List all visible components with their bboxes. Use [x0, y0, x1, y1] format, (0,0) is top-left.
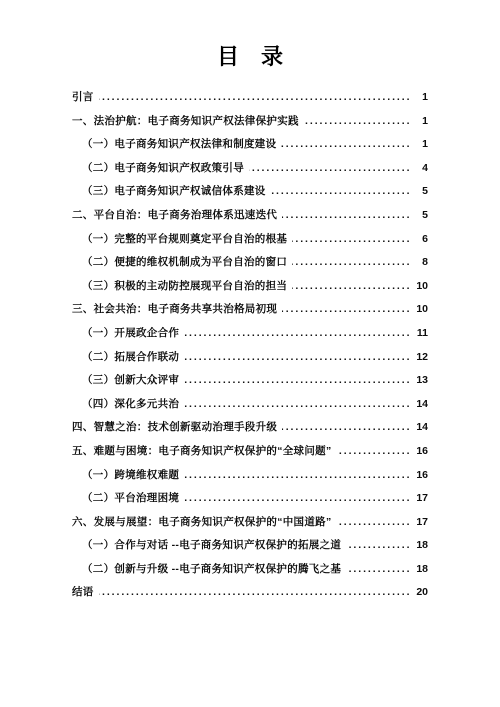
dot-leader: . . . . . . . . . . . . . . . . . . . . …: [282, 421, 409, 433]
toc-entry[interactable]: 四、智慧之治：技术创新驱动治理手段升级 . . . . . . . . . . …: [72, 419, 428, 443]
toc-page-number: 14: [409, 421, 428, 433]
toc-entry[interactable]: 一、法治护航：电子商务知识产权法律保护实践 . . . . . . . . . …: [72, 113, 428, 137]
toc-entry[interactable]: （一）电子商务知识产权法律和制度建设 . . . . . . . . . . .…: [72, 136, 428, 160]
toc-page-number: 1: [409, 91, 428, 103]
toc-entry-label: （三）电子商务知识产权诚信体系建设: [82, 183, 271, 198]
dot-leader: . . . . . . . . . . . . . . . . . . . . …: [281, 138, 409, 150]
toc-entry[interactable]: 三、社会共治：电子商务共享共治格局初现 . . . . . . . . . . …: [72, 301, 428, 325]
toc-entry-label: 一、法治护航：电子商务知识产权法律保护实践: [72, 113, 304, 128]
dot-leader: . . . . . . . . . . . . . . . . . . . . …: [184, 492, 409, 504]
toc-entry-label: （二）便捷的维权机制成为平台自治的窗口: [82, 254, 292, 269]
toc-entry-label: 引言: [72, 89, 99, 104]
page-title: 目 录: [72, 45, 428, 69]
toc-entry[interactable]: （一）合作与对话 --电子商务知识产权保护的拓展之道 . . . . . . .…: [72, 537, 428, 561]
dot-leader: . . . . . . . . . . . . . . . . . . . . …: [184, 398, 409, 410]
toc-entry-label: （一）完整的平台规则奠定平台自治的根基: [82, 231, 292, 246]
toc-page-number: 6: [409, 233, 428, 245]
dot-leader: . . . . . . . . . . . . . . . . . . . . …: [99, 586, 409, 598]
toc-entry[interactable]: （三）积极的主动防控展现平台自治的担当 . . . . . . . . . . …: [72, 278, 428, 302]
toc-entry-label: 六、发展与展望：电子商务知识产权保护的“中国道路”: [72, 514, 337, 529]
dot-leader: . . . . . . . . . . . . . . . . . . . . …: [282, 209, 409, 221]
toc-page-number: 17: [409, 516, 428, 528]
toc-page-number: 10: [409, 303, 428, 315]
toc-page-number: 11: [409, 327, 428, 339]
toc-entry[interactable]: （一）跨境维权难题 . . . . . . . . . . . . . . . …: [72, 467, 428, 491]
toc-entry-label: （一）电子商务知识产权法律和制度建设: [82, 136, 281, 151]
toc-entry-label: （二）拓展合作联动: [82, 349, 184, 364]
dot-leader: . . . . . . . . . . . . . . . . . . . . …: [271, 185, 409, 197]
dot-leader: . . . . . . . . . . . . . . . . . . . . …: [184, 374, 409, 386]
toc-entry[interactable]: 五、难题与困境：电子商务知识产权保护的“全球问题” . . . . . . . …: [72, 443, 428, 467]
toc-page-number: 12: [409, 351, 428, 363]
dot-leader: . . . . . . . . . . . . . . . . . . . . …: [292, 280, 409, 292]
toc-entry[interactable]: （二）拓展合作联动 . . . . . . . . . . . . . . . …: [72, 349, 428, 373]
dot-leader: . . . . . . . . . . . . . . . . . . . . …: [99, 91, 409, 103]
toc-entry[interactable]: （三）创新大众评审 . . . . . . . . . . . . . . . …: [72, 372, 428, 396]
toc-page-number: 18: [409, 539, 428, 551]
toc-entry-label: 四、智慧之治：技术创新驱动治理手段升级: [72, 419, 282, 434]
dot-leader: . . . . . . . . . . . . . . . . . . . . …: [337, 516, 410, 528]
toc-page-number: 18: [409, 563, 428, 575]
toc-page-number: 8: [409, 256, 428, 268]
dot-leader: . . . . . . . . . . . . . . . . . . . . …: [282, 303, 409, 315]
toc-list: 引言 . . . . . . . . . . . . . . . . . . .…: [72, 89, 428, 608]
toc-entry-label: 结语: [72, 584, 99, 599]
toc-document: 目 录 引言 . . . . . . . . . . . . . . . . .…: [0, 0, 500, 608]
toc-entry[interactable]: （一）完整的平台规则奠定平台自治的根基 . . . . . . . . . . …: [72, 231, 428, 255]
dot-leader: . . . . . . . . . . . . . . . . . . . . …: [184, 327, 409, 339]
toc-page-number: 1: [409, 115, 428, 127]
toc-entry-label: （一）开展政企合作: [82, 325, 184, 340]
toc-entry[interactable]: 结语 . . . . . . . . . . . . . . . . . . .…: [72, 584, 428, 608]
toc-page-number: 16: [409, 445, 428, 457]
dot-leader: . . . . . . . . . . . . . . . . . . . . …: [249, 162, 409, 174]
toc-entry[interactable]: （二）平台治理困境 . . . . . . . . . . . . . . . …: [72, 490, 428, 514]
toc-entry-label: （一）跨境维权难题: [82, 467, 184, 482]
toc-entry-label: （四）深化多元共治: [82, 396, 184, 411]
dot-leader: . . . . . . . . . . . . . . . . . . . . …: [184, 469, 409, 481]
toc-entry[interactable]: 二、平台自治：电子商务治理体系迅速迭代 . . . . . . . . . . …: [72, 207, 428, 231]
toc-page-number: 17: [409, 492, 428, 504]
toc-entry-label: （二）平台治理困境: [82, 490, 184, 505]
toc-page-number: 14: [409, 398, 428, 410]
dot-leader: . . . . . . . . . . . . . . . . . . . . …: [346, 539, 409, 551]
toc-page-number: 1: [409, 138, 428, 150]
toc-entry[interactable]: （一）开展政企合作 . . . . . . . . . . . . . . . …: [72, 325, 428, 349]
dot-leader: . . . . . . . . . . . . . . . . . . . . …: [304, 115, 409, 127]
toc-entry-label: 三、社会共治：电子商务共享共治格局初现: [72, 301, 282, 316]
toc-page-number: 13: [409, 374, 428, 386]
toc-entry-label: （二）电子商务知识产权政策引导: [82, 160, 249, 175]
toc-entry[interactable]: 引言 . . . . . . . . . . . . . . . . . . .…: [72, 89, 428, 113]
toc-page-number: 4: [409, 162, 428, 174]
toc-page-number: 5: [409, 185, 428, 197]
toc-page-number: 10: [409, 280, 428, 292]
toc-page-number: 5: [409, 209, 428, 221]
toc-entry[interactable]: （二）电子商务知识产权政策引导 . . . . . . . . . . . . …: [72, 160, 428, 184]
toc-entry-label: （三）积极的主动防控展现平台自治的担当: [82, 278, 292, 293]
toc-entry[interactable]: （四）深化多元共治 . . . . . . . . . . . . . . . …: [72, 396, 428, 420]
toc-page-number: 20: [409, 586, 428, 598]
toc-page-number: 16: [409, 469, 428, 481]
toc-entry-label: （二）创新与升级 --电子商务知识产权保护的腾飞之基: [82, 561, 346, 576]
toc-entry-label: （三）创新大众评审: [82, 372, 184, 387]
toc-entry[interactable]: （二）创新与升级 --电子商务知识产权保护的腾飞之基 . . . . . . .…: [72, 561, 428, 585]
dot-leader: . . . . . . . . . . . . . . . . . . . . …: [337, 445, 410, 457]
dot-leader: . . . . . . . . . . . . . . . . . . . . …: [184, 351, 409, 363]
document-page: 目 录 引言 . . . . . . . . . . . . . . . . .…: [0, 0, 500, 707]
toc-entry[interactable]: （二）便捷的维权机制成为平台自治的窗口 . . . . . . . . . . …: [72, 254, 428, 278]
toc-entry-label: 二、平台自治：电子商务治理体系迅速迭代: [72, 207, 282, 222]
toc-entry[interactable]: （三）电子商务知识产权诚信体系建设 . . . . . . . . . . . …: [72, 183, 428, 207]
dot-leader: . . . . . . . . . . . . . . . . . . . . …: [346, 563, 409, 575]
dot-leader: . . . . . . . . . . . . . . . . . . . . …: [292, 256, 409, 268]
toc-entry[interactable]: 六、发展与展望：电子商务知识产权保护的“中国道路” . . . . . . . …: [72, 514, 428, 538]
dot-leader: . . . . . . . . . . . . . . . . . . . . …: [292, 233, 409, 245]
toc-entry-label: 五、难题与困境：电子商务知识产权保护的“全球问题”: [72, 443, 337, 458]
toc-entry-label: （一）合作与对话 --电子商务知识产权保护的拓展之道: [82, 537, 346, 552]
